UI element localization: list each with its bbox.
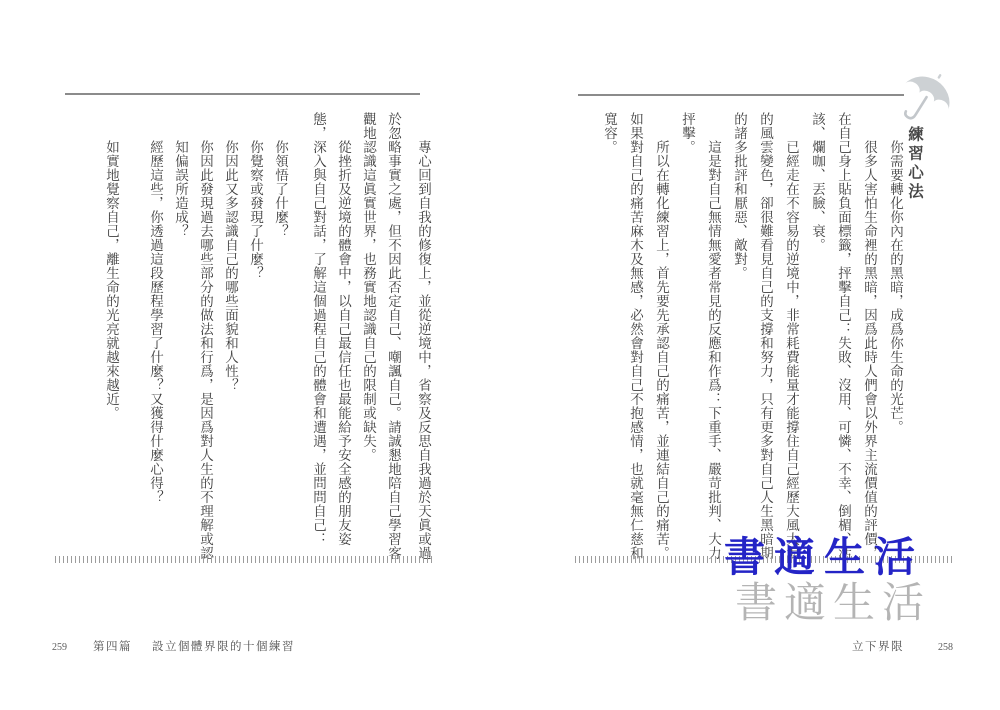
text-column: 你因此又多認識自己的哪些面貌和人性？ [223,112,237,556]
text-column: 寬容。 [602,112,616,556]
right-page-number: 258 [938,642,953,653]
watermark-blue: 書適生活 [724,524,924,583]
text-column: 觀地認識這眞實世界，也務實地認識自己的限制或缺失。 [361,112,375,556]
text-column: 已經走在不容易的逆境中，非常耗費能量才能撐住自己經歷大風大浪 [784,112,798,556]
text-column: 該、爛咖、丟臉、衰。 [810,112,824,556]
text-column: 抨擊。 [680,112,694,556]
text-column: 態，深入與自己對話，了解這個過程自己的體會和遭遇，並問問自己： [311,112,325,556]
left-page-footer: 259 第四篇 設立個體界限的十個練習 [52,637,295,655]
text-column: 的諸多批評和厭惡、敵對。 [732,112,746,556]
text-column: 在自己身上貼負面標籤，抨擊自己：失敗、沒用、可憐、不幸、倒楣、活 [836,112,850,556]
text-column: 從挫折及逆境的體會中，以自己最信任也最能給予安全感的朋友姿 [336,112,350,556]
text-column: 知偏誤所造成？ [173,112,187,556]
text-column: 於忽略事實之處，但不因此否定自己、嘲諷自己。請誠懇地陪自己學習客 [386,112,400,556]
book-spread: 練習心法 你需要轉化你內在的黑暗，成爲你生命的光芒。 很多人害怕生命裡的黑暗，因… [0,0,1000,710]
text-column: 很多人害怕生命裡的黑暗，因爲此時人們會以外界主流價值的評價， [862,112,876,556]
section-title: 練習心法 [903,126,925,202]
text-column: 你領悟了什麼？ [273,112,287,556]
umbrella-icon [894,66,958,130]
text-column: 的風雲變色，卻很難看見自己的支撐和努力，只有更多對自己人生黑暗期 [758,112,772,556]
chapter-title: 設立個體界限的十個練習 [152,641,295,653]
text-column: 經歷這些，你透過這段歷程學習了什麼？又獲得什麼心得？ [148,112,162,556]
text-column: 你需要轉化你內在的黑暗，成爲你生命的光芒。 [888,112,902,556]
part-label: 第四篇 [93,641,132,653]
text-column: 如果對自己的痛苦麻木及無感，必然會對自己不抱感情，也就毫無仁慈和 [628,112,642,556]
right-page-text: 你需要轉化你內在的黑暗，成爲你生命的光芒。 很多人害怕生命裡的黑暗，因爲此時人們… [572,112,902,556]
text-column: 你因此發現過去哪些部分的做法和行爲，是因爲對人生的不理解或認 [198,112,212,556]
right-page-footer: 立下界限 258 [852,637,953,655]
text-column: 這是對自己無情無愛者常見的反應和作爲：下重手、嚴苛批判、大力 [706,112,720,556]
left-page-top-rule [65,93,420,95]
text-column: 所以在轉化練習上，首先要先承認自己的痛苦，並連結自己的痛苦。 [654,112,668,556]
text-column: 專心回到自我的修復上，並從逆境中，省察及反思自我過於天眞或過 [416,112,430,556]
text-column: 你覺察或發現了什麼？ [248,112,262,556]
left-page-text: 專心回到自我的修復上，並從逆境中，省察及反思自我過於天眞或過 於忽略事實之處，但… [58,112,430,556]
right-page-top-rule [578,94,904,96]
left-comb-rule [55,556,435,563]
text-column: 如實地覺察自己，離生命的光亮就越來越近。 [104,112,118,556]
left-page-number: 259 [52,642,67,653]
book-title: 立下界限 [852,641,904,653]
